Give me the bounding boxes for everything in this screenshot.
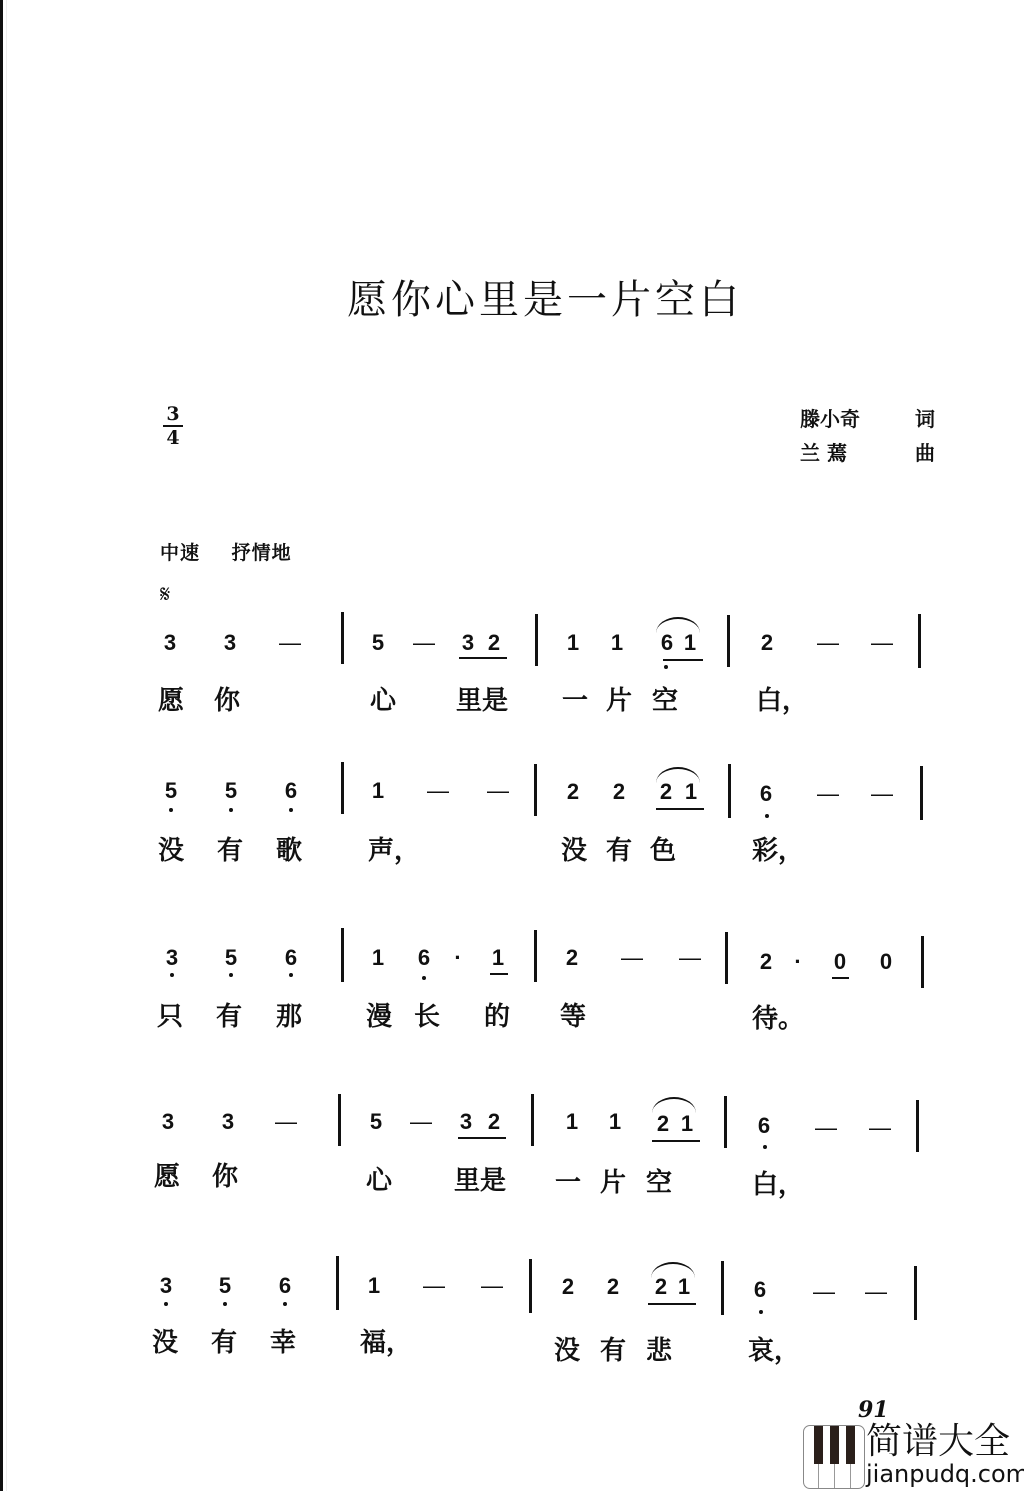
note: 2 [484, 631, 504, 655]
bar-line [914, 1266, 917, 1320]
lyric: 长 [414, 1002, 440, 1032]
note: 2 [656, 780, 676, 804]
note: 6 [754, 1114, 774, 1138]
lyric: 声， [368, 836, 420, 866]
bar-line [728, 764, 731, 818]
note-extension: — [862, 1280, 890, 1304]
note: 1 [563, 631, 583, 655]
bar-line [920, 766, 923, 820]
segno-icon: 𝄋 [160, 580, 170, 608]
eighth-underline [458, 1137, 506, 1139]
bar-line [918, 614, 921, 668]
lyric: 你 [212, 1162, 238, 1192]
note: 3 [162, 946, 182, 970]
note: 3 [156, 1274, 176, 1298]
time-signature: 3 4 [163, 404, 183, 448]
bar-line [921, 936, 924, 988]
bar-line [535, 614, 538, 666]
credits: 滕小奇 词 兰 蔫 曲 [800, 406, 935, 474]
eighth-underline [656, 808, 704, 810]
lyric: 心 [370, 686, 396, 716]
lyric: 有 [217, 836, 243, 866]
site-logo-text: 简谱大全 [866, 1423, 1010, 1461]
credit-lyricist: 滕小奇 词 [800, 406, 935, 440]
note: 2 [563, 780, 583, 804]
note: 1 [368, 779, 388, 803]
tempo-speed: 中速 [160, 542, 200, 564]
note: 3 [456, 1110, 476, 1134]
lyric: 幸 [270, 1328, 296, 1358]
low-octave-dot [422, 976, 426, 980]
eighth-underline [459, 657, 507, 659]
rest: 0 [830, 950, 850, 974]
note: 1 [677, 1112, 697, 1136]
lyric: 没 [561, 836, 587, 866]
note: 6 [750, 1278, 770, 1302]
lyric: 漫 [366, 1002, 392, 1032]
lyric: 没 [152, 1328, 178, 1358]
note: 2 [484, 1110, 504, 1134]
note: 2 [756, 950, 776, 974]
note-extension: — [276, 631, 304, 655]
lyric: 白， [752, 1170, 804, 1200]
sixteenth-underline [490, 973, 508, 975]
lyric: 歌 [276, 836, 302, 866]
lyric: 的 [484, 1002, 510, 1032]
composer-role: 曲 [915, 440, 935, 474]
credit-composer: 兰 蔫 曲 [800, 440, 935, 474]
lyricist-role: 词 [915, 406, 935, 440]
bar-line [531, 1094, 534, 1146]
note-extension: — [866, 1116, 894, 1140]
eighth-underline [832, 977, 849, 979]
low-octave-dot [664, 665, 668, 669]
note: 3 [220, 631, 240, 655]
bar-line [341, 762, 344, 814]
lyric: 有 [211, 1328, 237, 1358]
note-extension: — [618, 946, 646, 970]
lyric: 有 [600, 1336, 626, 1366]
note: 6 [756, 782, 776, 806]
bar-line [534, 930, 537, 982]
note: 5 [368, 631, 388, 655]
eighth-underline [652, 1140, 700, 1142]
note: 2 [558, 1275, 578, 1299]
low-octave-dot [164, 1302, 168, 1306]
lyric: 愿 [154, 1162, 180, 1192]
note-extension: — [868, 631, 896, 655]
note-extension: — [814, 782, 842, 806]
note-extension: — [676, 946, 704, 970]
note: 6 [281, 946, 301, 970]
lyric: 有 [216, 1002, 242, 1032]
low-octave-dot [229, 808, 233, 812]
bar-line [341, 928, 344, 982]
note: 6 [281, 779, 301, 803]
low-octave-dot [289, 808, 293, 812]
note: 2 [651, 1275, 671, 1299]
note: 3 [218, 1110, 238, 1134]
lyric: 没 [554, 1336, 580, 1366]
eighth-underline [663, 659, 703, 661]
note: 1 [562, 1110, 582, 1134]
page-edge-shadow [6, 0, 7, 1491]
time-signature-denominator: 4 [163, 427, 183, 448]
lyric: 待。 [752, 1004, 804, 1034]
note: 2 [603, 1275, 623, 1299]
lyric: 你 [214, 686, 240, 716]
lyric: 愿 [158, 686, 184, 716]
note-extension: — [868, 782, 896, 806]
note: 5 [221, 779, 241, 803]
bar-line [529, 1259, 532, 1313]
low-octave-dot [229, 973, 233, 977]
lyric: 哀， [748, 1336, 800, 1366]
lyric: 色 [650, 836, 676, 866]
note: 1 [364, 1274, 384, 1298]
note: 6 [275, 1274, 295, 1298]
bar-line [341, 612, 344, 664]
song-title: 愿你心里是一片空白 [0, 268, 1024, 325]
note-extension: — [272, 1110, 300, 1134]
bar-line [721, 1261, 724, 1315]
note: 2 [609, 780, 629, 804]
low-octave-dot [169, 808, 173, 812]
note-extension: — [484, 779, 512, 803]
note: 3 [158, 1110, 178, 1134]
bar-line [534, 764, 537, 816]
lyric: 心 [366, 1166, 392, 1196]
lyric: 片 [606, 686, 632, 716]
bar-line [336, 1256, 339, 1310]
note-extension: — [814, 631, 842, 655]
note: 1 [607, 631, 627, 655]
note-extension: — [407, 1110, 435, 1134]
note: 2 [653, 1112, 673, 1136]
lyric: 有 [606, 836, 632, 866]
low-octave-dot [763, 1145, 767, 1149]
bar-line [338, 1094, 341, 1146]
note: 5 [215, 1274, 235, 1298]
piano-logo-icon [803, 1425, 865, 1489]
bar-line [725, 932, 728, 984]
site-url-text: jianpudq.com [866, 1460, 1024, 1488]
low-octave-dot [170, 973, 174, 977]
note-extension: — [410, 631, 438, 655]
note: 6 [657, 631, 677, 655]
note: 6 [414, 946, 434, 970]
note: 3 [458, 631, 478, 655]
lyric: 里是 [454, 1166, 506, 1196]
composer-name: 兰 蔫 [800, 440, 847, 474]
lyric: 空 [652, 686, 678, 716]
note: 1 [680, 631, 700, 655]
note: 1 [488, 946, 508, 970]
tempo-expression: 抒情地 [232, 542, 292, 564]
note: 1 [674, 1275, 694, 1299]
tempo-marking: 中速 抒情地 [160, 538, 316, 565]
low-octave-dot [289, 973, 293, 977]
eighth-underline [648, 1303, 696, 1305]
lyric: 彩， [752, 836, 804, 866]
augmentation-dot: · [788, 950, 808, 974]
note: 5 [366, 1110, 386, 1134]
lyric: 那 [276, 1002, 302, 1032]
note-extension: — [812, 1116, 840, 1140]
note-extension: — [810, 1280, 838, 1304]
note-extension: — [424, 779, 452, 803]
low-octave-dot [759, 1310, 763, 1314]
lyric: 空 [646, 1168, 672, 1198]
lyric: 一 [562, 686, 588, 716]
lyric: 里是 [456, 686, 508, 716]
note: 5 [221, 946, 241, 970]
lyric: 福， [360, 1328, 412, 1358]
lyric: 片 [600, 1168, 626, 1198]
page-number: 91 [858, 1397, 889, 1423]
note: 3 [160, 631, 180, 655]
time-signature-numerator: 3 [163, 404, 183, 427]
lyricist-name: 滕小奇 [800, 406, 860, 440]
rest: 0 [876, 950, 896, 974]
note: 1 [368, 946, 388, 970]
low-octave-dot [765, 814, 769, 818]
bar-line [724, 1096, 727, 1148]
augmentation-dot: · [448, 946, 468, 970]
lyric: 白， [756, 686, 808, 716]
page-edge [0, 0, 3, 1491]
lyric: 等 [560, 1002, 586, 1032]
note: 5 [161, 779, 181, 803]
lyric: 一 [555, 1168, 581, 1198]
note-extension: — [420, 1274, 448, 1298]
bar-line [916, 1100, 919, 1152]
low-octave-dot [223, 1302, 227, 1306]
note: 2 [562, 946, 582, 970]
lyric: 悲 [646, 1336, 672, 1366]
low-octave-dot [283, 1302, 287, 1306]
note-extension: — [478, 1274, 506, 1298]
lyric: 只 [157, 1002, 183, 1032]
note: 1 [605, 1110, 625, 1134]
note: 2 [757, 631, 777, 655]
note: 1 [681, 780, 701, 804]
bar-line [727, 615, 730, 667]
lyric: 没 [158, 836, 184, 866]
